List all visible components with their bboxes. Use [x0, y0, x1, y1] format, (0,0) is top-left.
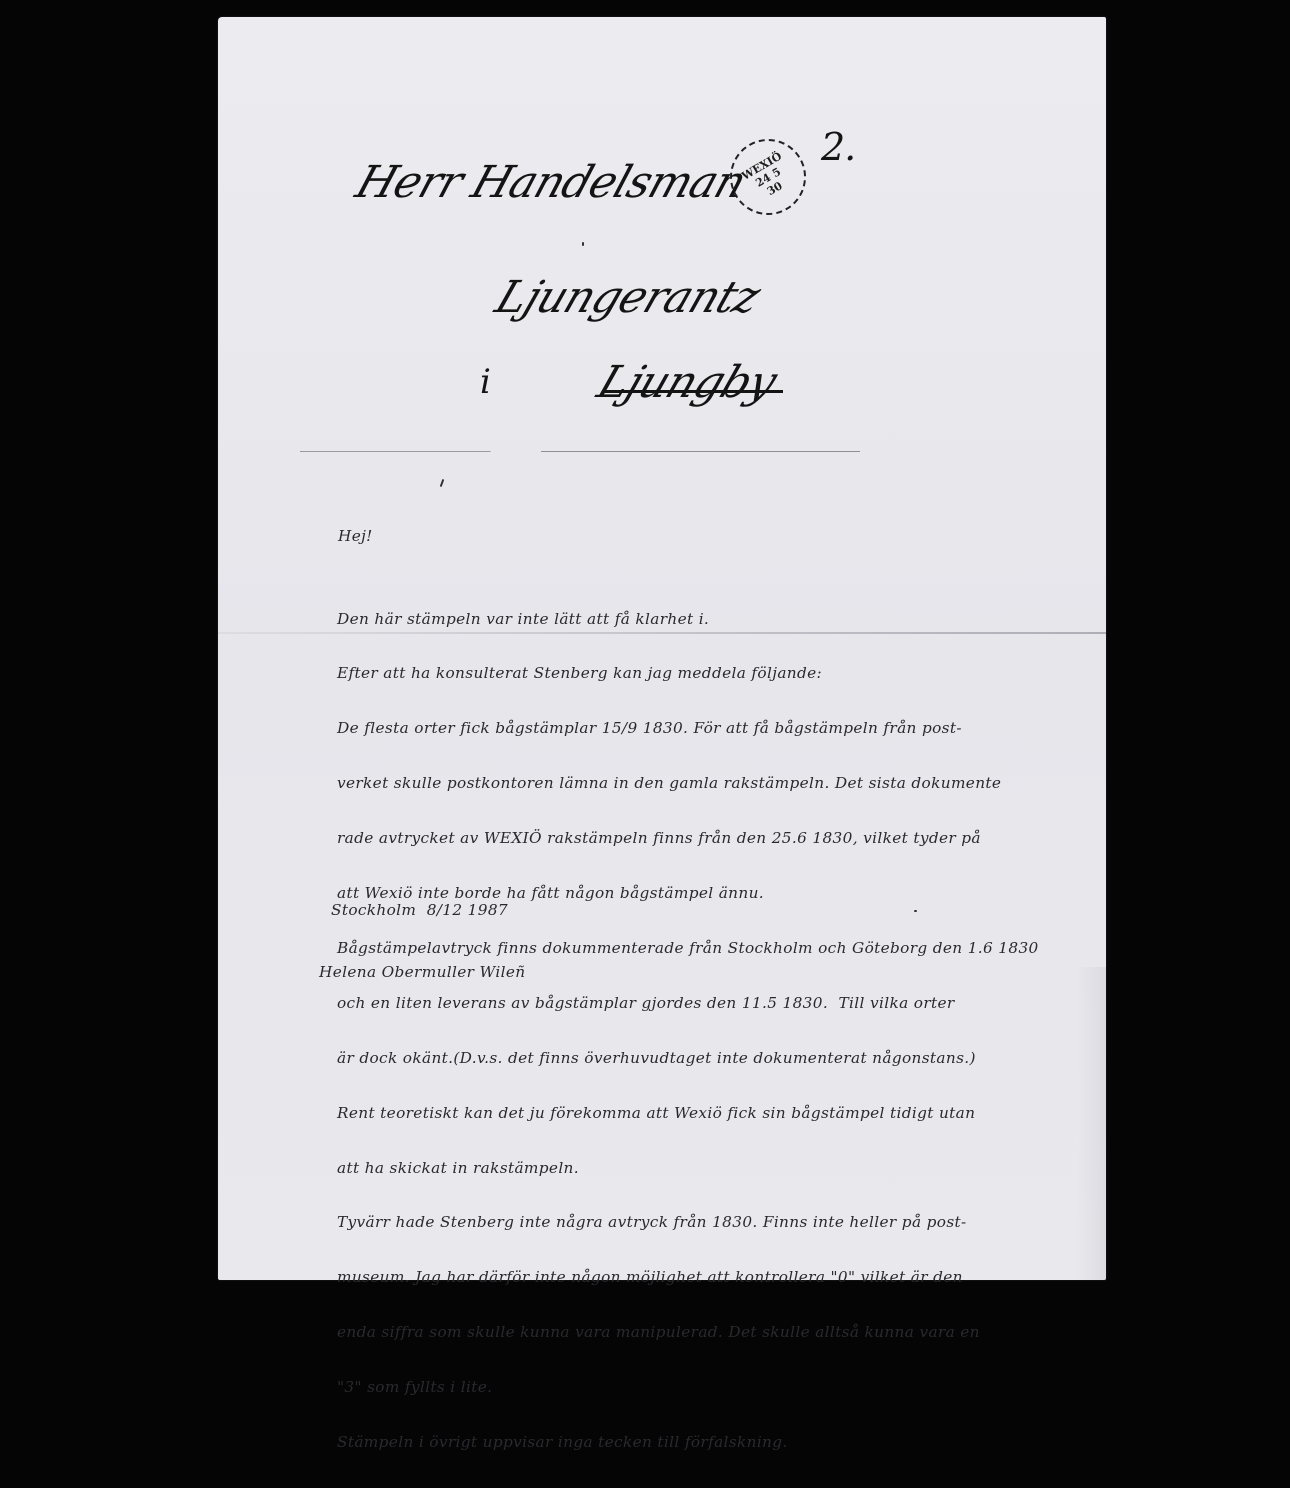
speck	[440, 479, 445, 487]
letter-sheet: Herr Handelsman Ljungerantz i Ljungby 2.…	[218, 17, 1106, 1280]
letter-greeting: Hej!	[338, 527, 373, 545]
copy-edge-line	[300, 451, 860, 452]
handwritten-location-prefix: i	[480, 362, 490, 402]
letter-line: är dock okänt.(D.v.s. det finns överhuvu…	[337, 1049, 1039, 1067]
place-and-date: Stockholm 8/12 1987	[331, 901, 508, 919]
paper-curl	[1076, 967, 1106, 1280]
handwritten-name: Ljungerantz	[489, 272, 767, 323]
letter-line: Efter att ha konsulterat Stenberg kan ja…	[337, 664, 1039, 682]
location-underline	[603, 390, 783, 393]
letter-line: rade avtrycket av WEXIÖ rakstämpeln finn…	[337, 829, 1039, 847]
letter-line: Den här stämpeln var inte lätt att få kl…	[337, 610, 1039, 628]
letter-body: Den här stämpeln var inte lätt att få kl…	[337, 573, 1039, 1290]
letter-line: att ha skickat in rakstämpeln.	[337, 1159, 1039, 1177]
letter-line: De flesta orter fick bågstämplar 15/9 18…	[337, 719, 1039, 737]
speck	[914, 910, 917, 912]
letter-line: att Wexiö inte borde ha fått någon bågst…	[337, 884, 1039, 902]
handwritten-location: Ljungby	[591, 357, 783, 408]
handwritten-addressee: Herr Handelsman	[350, 157, 752, 208]
letter-line: verket skulle postkontoren lämna in den …	[337, 774, 1039, 792]
speck	[582, 242, 584, 246]
envelope-photocopy: Herr Handelsman Ljungerantz i Ljungby 2.…	[218, 17, 1106, 497]
letter-line: Bågstämpelavtryck finns dokummenterade f…	[337, 939, 1039, 957]
letter-line: Rent teoretiskt kan det ju förekomma att…	[337, 1104, 1039, 1122]
page-number: 2.	[821, 125, 855, 169]
postmark-stamp-icon: WEXIÖ 24 5 30	[716, 125, 820, 229]
letter-line: museum. Jag har därför inte någon möjlig…	[337, 1268, 1039, 1286]
letter-line: och en liten leverans av bågstämplar gjo…	[337, 994, 1039, 1012]
letter-line: Tyvärr hade Stenberg inte några avtryck …	[337, 1213, 1039, 1231]
signature-name: Helena Obermuller Wileñ	[319, 963, 525, 981]
